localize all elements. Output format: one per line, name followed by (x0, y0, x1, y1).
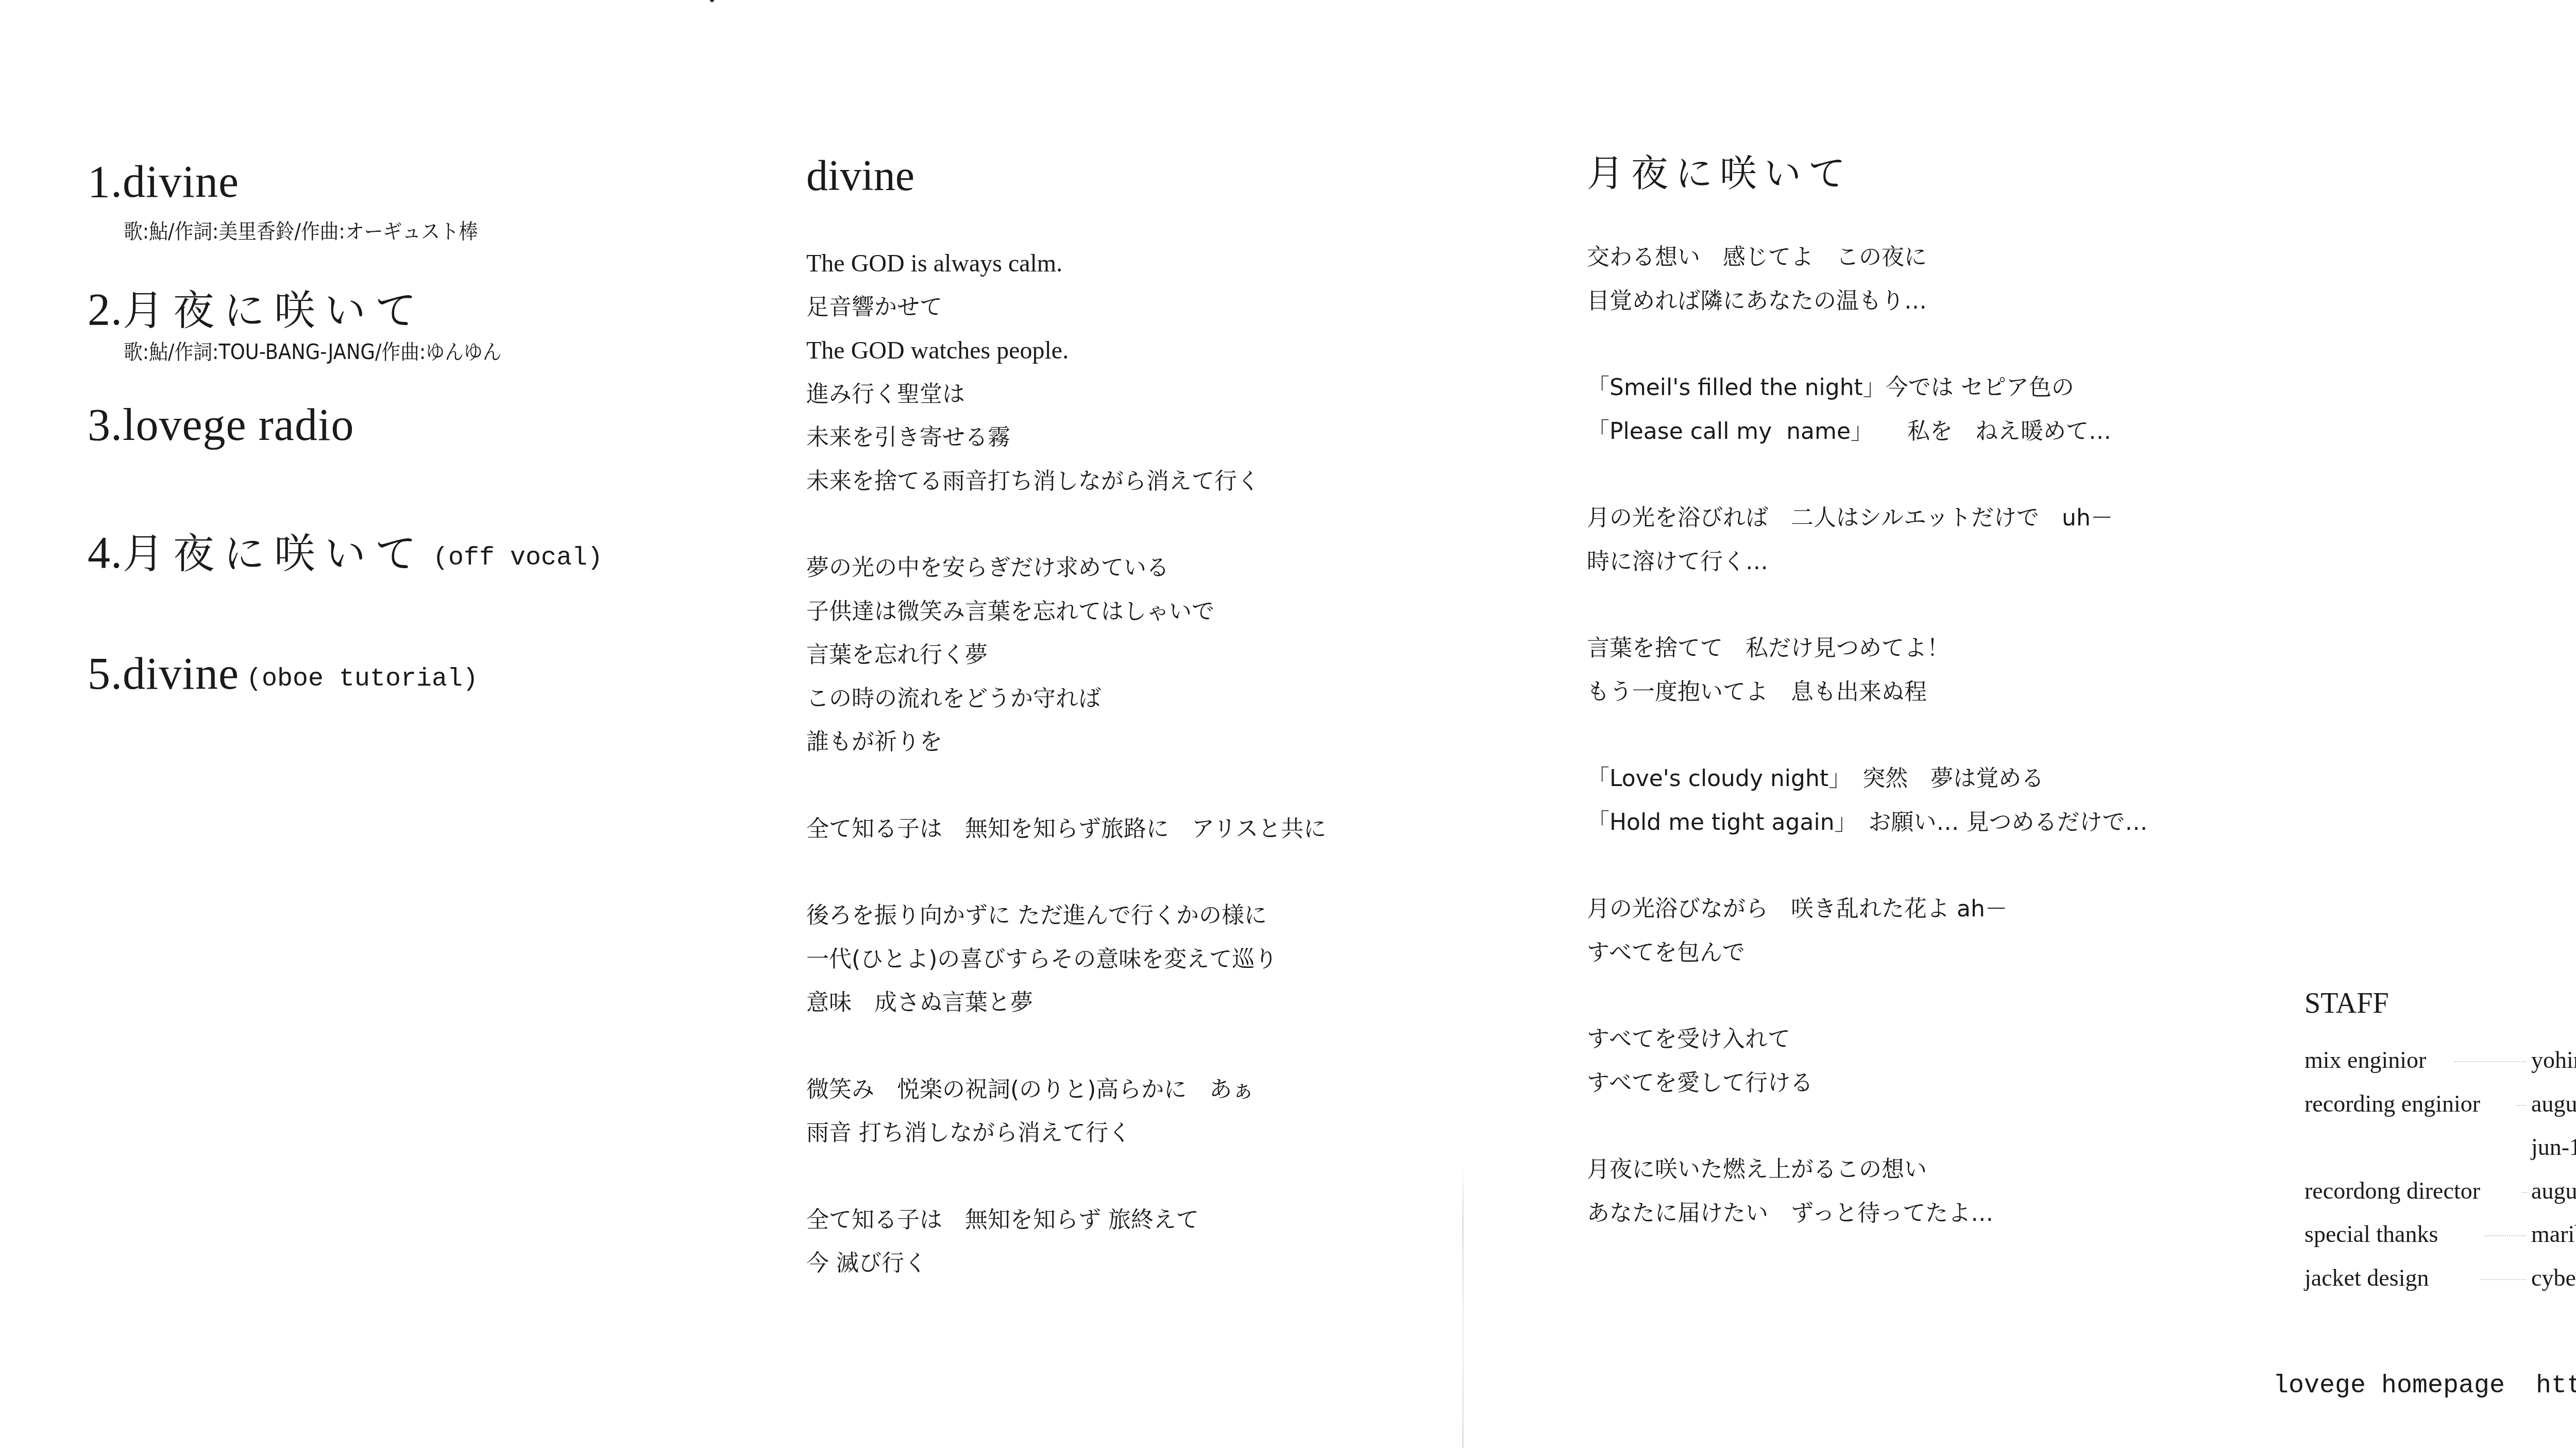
lyric-line: 交わる想い 感じてよ この夜に (1587, 236, 2148, 280)
track-item-2: 2.月夜に咲いて (88, 287, 426, 333)
homepage-url[interactable]: http://lovege.noki.tv (2536, 1371, 2576, 1401)
track-title: 月夜に咲いて (123, 530, 426, 577)
lyric-line: 夢の光の中を安らぎだけ求めている (806, 547, 1326, 590)
lyric-line: 全て知る子は 無知を知らず 旅終えて (806, 1199, 1326, 1242)
lyrics-stanza: 夢の光の中を安らぎだけ求めている子供達は微笑み言葉を忘れてはしゃいで言葉を忘れ行… (806, 547, 1326, 764)
track-item-3: 3.lovege radio (88, 403, 354, 448)
lyrics-divine: divine The GOD is always calm.足音響かせてThe … (806, 155, 1326, 1329)
homepage-line: lovege homepagehttp://lovege.noki.tv (2242, 1342, 2576, 1401)
lyric-line: 「Smeil's filled the night」今では セピア色の (1587, 366, 2148, 410)
track-item-4: 4.月夜に咲いて(off vocal) (88, 531, 603, 576)
track-number: 2. (88, 285, 123, 335)
staff-row: special thanks maribay (2304, 1213, 2389, 1256)
lyrics-stanza: The GOD is always calm.足音響かせてThe GOD wat… (806, 242, 1326, 503)
staff-value: maribay (2531, 1213, 2576, 1256)
lyric-line: 「Please call my name」 私を ねえ暖めて… (1587, 410, 2148, 454)
lyric-line: すべてを受け入れて (1587, 1018, 2148, 1062)
staff-role: jacket design (2304, 1256, 2429, 1300)
track-number: 4. (88, 528, 123, 578)
homepage-label: lovege homepage (2273, 1371, 2505, 1401)
lyric-line: 一代(ひとよ)の喜びすらその意味を変えて巡り (806, 938, 1326, 982)
lyric-line: 月夜に咲いた燃え上がるこの想い (1587, 1148, 2148, 1192)
staff-role: mix enginior (2304, 1038, 2426, 1082)
staff-value: auguste beau (1) yunyun (2) (2531, 1169, 2576, 1213)
lyric-line: 言葉を捨てて 私だけ見つめてよ！ (1587, 627, 2148, 671)
track-title: lovege radio (123, 400, 354, 450)
lyrics-stanza: 「Love's cloudy night」 突然 夢は覚める「Hold me t… (1587, 757, 2148, 844)
lyrics-stanza: 「Smeil's filled the night」今では セピア色の「Plea… (1587, 366, 2148, 453)
track-title: 月夜に咲いて (123, 286, 426, 334)
staff-value: yohine (1,2) jun-1 (3) (2531, 1038, 2576, 1082)
lyrics-stanza: 後ろを振り向かずに ただ進んで行くかの様に一代(ひとよ)の喜びすらその意味を変え… (806, 894, 1326, 1025)
staff-row: recordong director auguste beau (1) yuny… (2304, 1169, 2389, 1213)
staff-title: STAFF (2304, 989, 2389, 1018)
staff-role: recording enginior (2304, 1082, 2480, 1126)
staff-value: cyber-yui (2531, 1256, 2576, 1300)
track-suffix: (off vocal) (433, 543, 603, 573)
track-number: 3. (88, 400, 123, 450)
lyric-line: 月の光浴びながら 咲き乱れた花よ ah－ (1587, 888, 2148, 931)
lyric-line: 雨音 打ち消しながら消えて行く (806, 1112, 1326, 1155)
lyrics-stanza: 月の光浴びながら 咲き乱れた花よ ah－すべてを包んで (1587, 888, 2148, 975)
track-number: 5. (88, 649, 123, 699)
lyrics-stanza: 交わる想い 感じてよ この夜に目覚めれば隣にあなたの温もり… (1587, 236, 2148, 323)
staff-role: recordong director (2304, 1169, 2480, 1213)
dotted-leader (2454, 1061, 2526, 1062)
staff-row: recording enginior auguste beau (1) tara… (2304, 1082, 2389, 1126)
lyric-line: 意味 成さぬ言葉と夢 (806, 981, 1326, 1025)
lyrics-stanza: 全て知る子は 無知を知らず 旅終えて今 滅び行く (806, 1199, 1326, 1286)
lyric-line: あなたに届けたい ずっと待ってたよ… (1587, 1192, 2148, 1236)
track-credit-1: 歌:鮎/作詞:美里香鈴/作曲:オーギュスト棒 (124, 215, 478, 245)
lyric-line: 月の光を浴びれば 二人はシルエットだけで uh－ (1587, 497, 2148, 540)
staff-value: jun-1 (3) (2531, 1126, 2576, 1169)
track-number: 1. (88, 157, 123, 207)
track-item-5: 5.divine(oboe tutorial) (88, 652, 478, 697)
lyrics-body: 交わる想い 感じてよ この夜に目覚めれば隣にあなたの温もり…「Smeil's f… (1587, 236, 2148, 1235)
staff-row: jun-1 (3) (2304, 1126, 2389, 1169)
lyric-line: 未来を引き寄せる霧 (806, 416, 1326, 460)
lyric-line: 足音響かせて (806, 286, 1326, 330)
track-credit-2: 歌:鮎/作詞:TOU-BANG-JANG/作曲:ゆんゆん (124, 336, 502, 365)
lyric-line: すべてを愛して行ける (1587, 1062, 2148, 1105)
track-suffix: (oboe tutorial) (246, 665, 478, 694)
lyric-line: 「Love's cloudy night」 突然 夢は覚める (1587, 757, 2148, 801)
lyric-line: 言葉を忘れ行く夢 (806, 634, 1326, 677)
dotted-leader (2522, 1192, 2527, 1193)
lyrics-title: divine (806, 155, 1326, 198)
lyric-line: この時の流れをどうか守れば (806, 677, 1326, 721)
staff-role: special thanks (2304, 1213, 2438, 1256)
lyric-line: 今 滅び行く (806, 1242, 1326, 1286)
lyrics-stanza: 月の光を浴びれば 二人はシルエットだけで uh－時に溶けて行く… (1587, 497, 2148, 584)
lyric-line: 後ろを振り向かずに ただ進んで行くかの様に (806, 894, 1326, 938)
lyric-line: The GOD watches people. (806, 329, 1326, 373)
lyric-line: 進み行く聖堂は (806, 373, 1326, 417)
track-item-1: 1.divine (88, 160, 239, 205)
staff-row: jacket design cyber-yui (2304, 1256, 2389, 1300)
staff-credits: STAFF mix enginior yohine (1,2) jun-1 (3… (2304, 989, 2389, 1300)
lyric-line: 目覚めれば隣にあなたの温もり… (1587, 280, 2148, 323)
lyrics-title: 月夜に咲いて (1587, 155, 2148, 192)
lyrics-body: The GOD is always calm.足音響かせてThe GOD wat… (806, 242, 1326, 1286)
lyric-line: もう一度抱いてよ 息も出来ぬ程 (1587, 671, 2148, 714)
staff-value: auguste beau (1) tara-q (2) (2531, 1082, 2576, 1126)
lyrics-stanza: 月夜に咲いた燃え上がるこの想いあなたに届けたい ずっと待ってたよ… (1587, 1148, 2148, 1235)
lyric-line: 誰もが祈りを (806, 721, 1326, 764)
dotted-leader (2480, 1279, 2526, 1280)
lyrics-tsukiyo-ni-saite: 月夜に咲いて 交わる想い 感じてよ この夜に目覚めれば隣にあなたの温もり…「Sm… (1587, 155, 2148, 1279)
lyrics-stanza: 微笑み 悦楽の祝詞(のりと)高らかに あぁ雨音 打ち消しながら消えて行く (806, 1068, 1326, 1155)
lyric-line: すべてを包んで (1587, 931, 2148, 975)
lyric-line: 子供達は微笑み言葉を忘れてはしゃいで (806, 590, 1326, 634)
lyric-line: 未来を捨てる雨音打ち消しながら消えて行く (806, 460, 1326, 504)
lyric-line: 全て知る子は 無知を知らず旅路に アリスと共に (806, 808, 1326, 851)
lyrics-stanza: すべてを受け入れてすべてを愛して行ける (1587, 1018, 2148, 1105)
track-title: divine (123, 157, 239, 207)
lyrics-stanza: 言葉を捨てて 私だけ見つめてよ！もう一度抱いてよ 息も出来ぬ程 (1587, 627, 2148, 714)
staff-row: mix enginior yohine (1,2) jun-1 (3) (2304, 1038, 2389, 1082)
lyric-line: 時に溶けて行く… (1587, 540, 2148, 584)
lyric-line: The GOD is always calm. (806, 242, 1326, 286)
track-title: divine (123, 649, 239, 699)
lyric-line: 「Hold me tight again」 お願い… 見つめるだけで… (1587, 801, 2148, 845)
dotted-leader (2517, 1105, 2526, 1106)
dotted-leader (2485, 1235, 2526, 1236)
page-fold-line (1462, 1164, 1464, 1448)
lyric-line: 微笑み 悦楽の祝詞(のりと)高らかに あぁ (806, 1068, 1326, 1112)
lyrics-stanza: 全て知る子は 無知を知らず旅路に アリスと共に (806, 808, 1326, 851)
